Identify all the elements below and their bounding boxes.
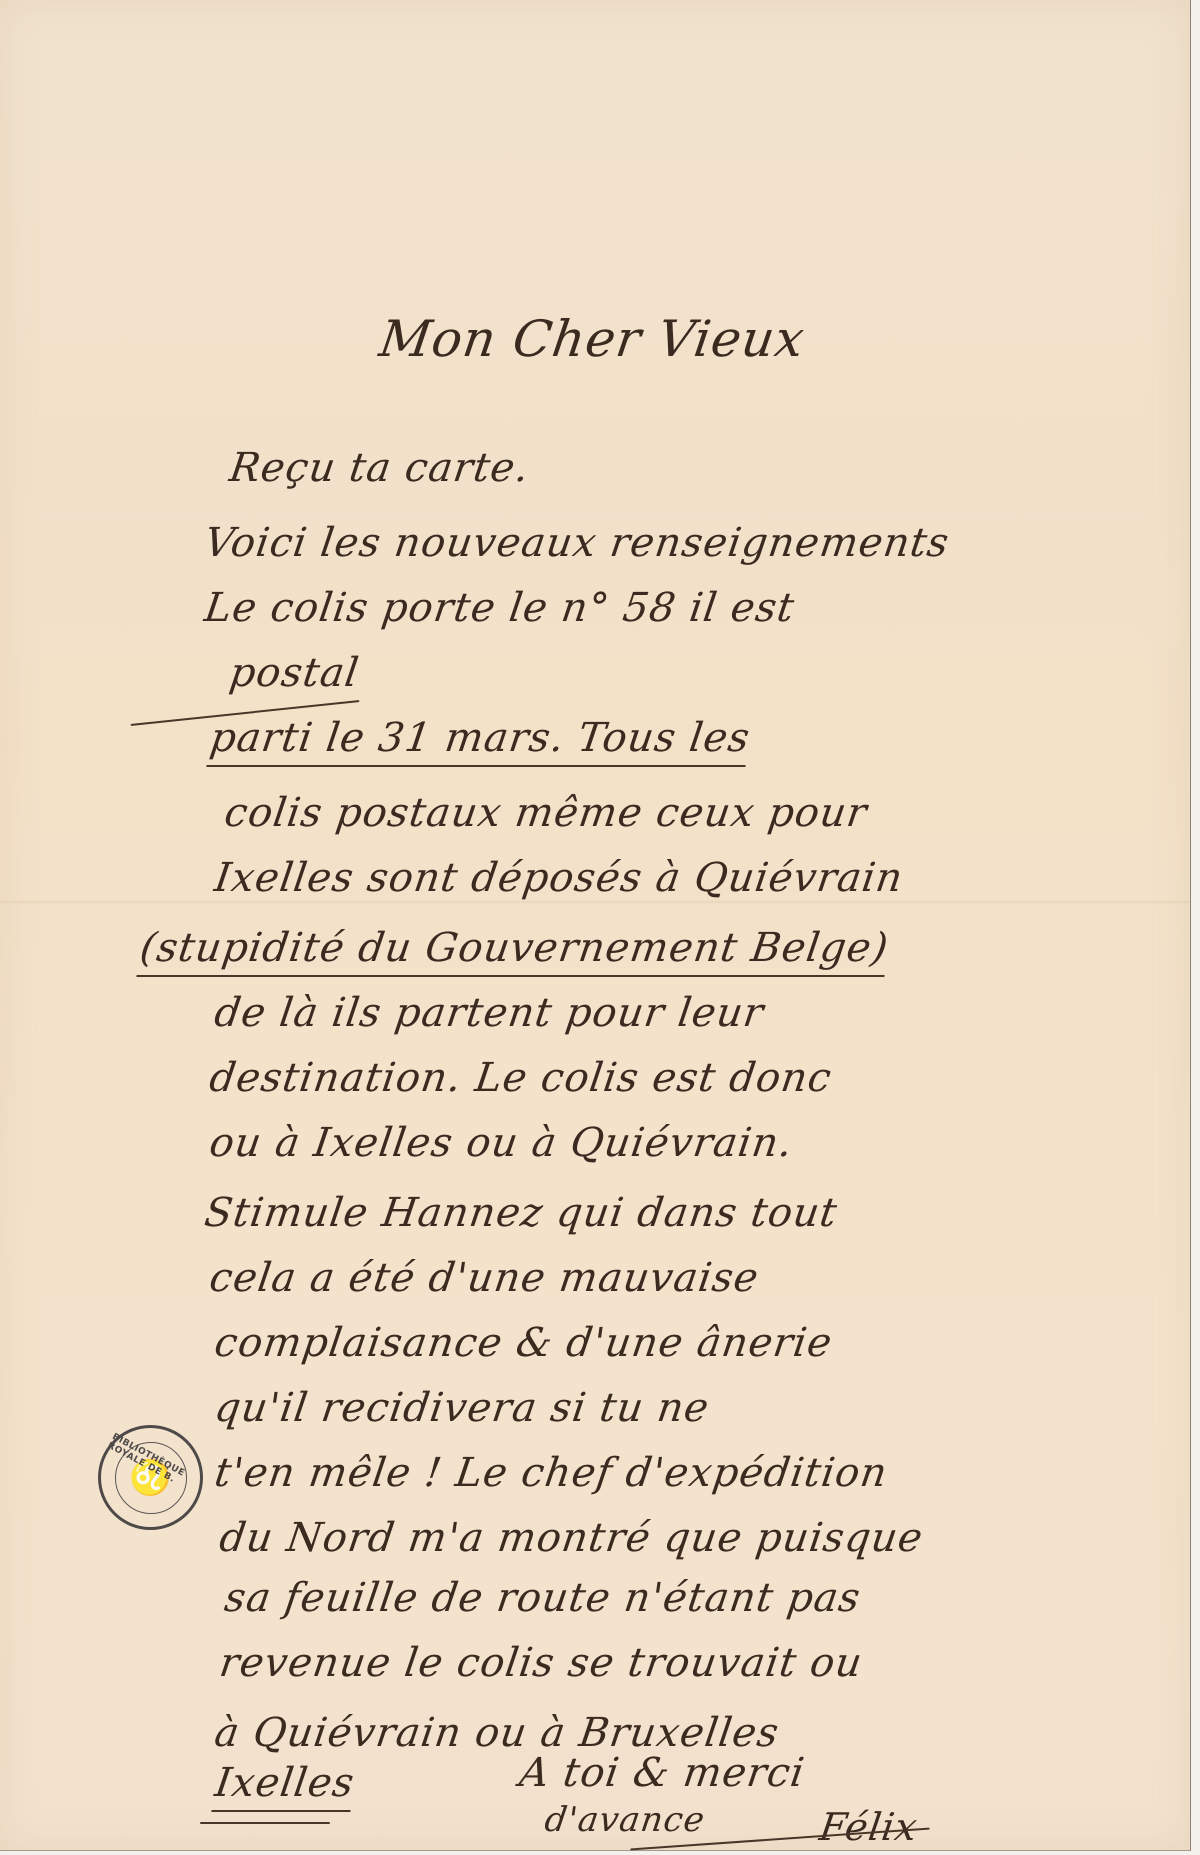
letter-line: cela a été d'une mauvaise	[207, 1255, 762, 1301]
letter-line: complaisance & d'une ânerie	[212, 1320, 836, 1366]
letter-line: sa feuille de route n'étant pas	[222, 1575, 864, 1621]
letter-line: Stimule Hannez qui dans tout	[202, 1190, 841, 1236]
letter-line: Ixelles	[211, 1760, 357, 1812]
salutation: Mon Cher Vieux	[376, 310, 809, 368]
letter-line: revenue le colis se trouvait ou	[217, 1640, 866, 1686]
letter-line: colis postaux même ceux pour	[222, 790, 871, 836]
library-stamp: BIBLIOTHÈQUE ROYALE DE B. ♌	[98, 1425, 203, 1530]
letter-line: Ixelles sont déposés à Quiévrain	[212, 855, 906, 901]
letter-line: Reçu ta carte.	[227, 445, 533, 491]
letter-line: (stupidité du Gouvernement Belge)	[136, 925, 891, 977]
letter-line: Le colis porte le n° 58 il est	[202, 585, 798, 631]
letter-line: de là ils partent pour leur	[212, 990, 767, 1036]
closing-line: A toi & merci	[517, 1750, 808, 1796]
letter-paper: Mon Cher Vieux Reçu ta carte. Voici les …	[0, 0, 1191, 1851]
letter-line: t'en mêle ! Le chef d'expédition	[212, 1450, 891, 1496]
letter-line: du Nord m'a montré que puisque	[217, 1515, 926, 1561]
letter-line: qu'il recidivera si tu ne	[212, 1385, 712, 1431]
letter-line: postal	[227, 650, 362, 696]
letter-line: destination. Le colis est donc	[207, 1055, 835, 1101]
closing-line: d'avance	[542, 1800, 708, 1840]
double-underline-stroke	[200, 1822, 330, 1824]
letter-line: parti le 31 mars. Tous les	[206, 715, 753, 767]
signature: Félix	[817, 1805, 921, 1849]
letter-line: ou à Ixelles ou à Quiévrain.	[207, 1120, 796, 1166]
letter-line: Voici les nouveaux renseignements	[202, 520, 952, 566]
